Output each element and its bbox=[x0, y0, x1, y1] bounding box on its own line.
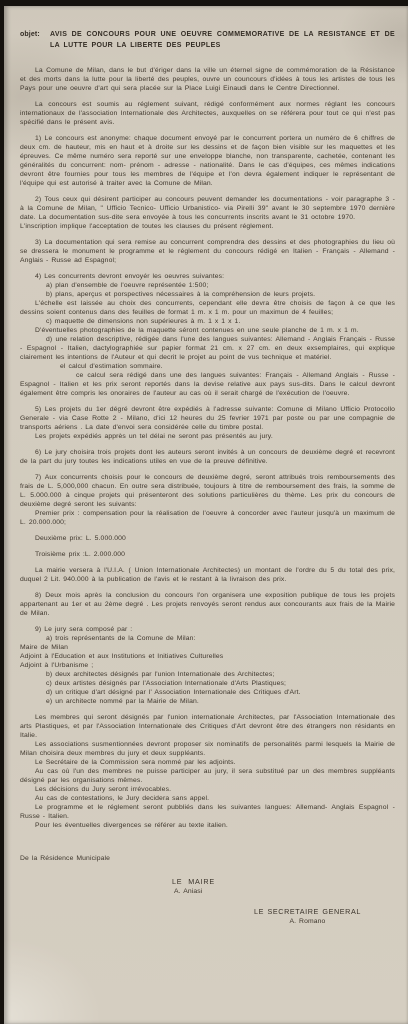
document-content: objet: AVIS DE CONCOURS POUR UNE OEUVRE … bbox=[20, 22, 395, 926]
mayor-signature-block: LE MAIRE A. Aniasi bbox=[172, 877, 215, 896]
document-footer: De la Résidence Municipale LE MAIRE A. A… bbox=[20, 854, 395, 926]
paragraph: Les projets expédiés apprès un tel délai… bbox=[20, 432, 395, 441]
residence-line: De la Résidence Municipale bbox=[20, 854, 395, 863]
paragraph: d) une relation descriptive, rédigée dan… bbox=[20, 335, 395, 362]
paragraph: La Comune de Milan, dans le but d'ériger… bbox=[20, 66, 395, 93]
document-body: La Comune de Milan, dans le but d'ériger… bbox=[20, 66, 395, 830]
paragraph: Les associations susmentionnées devront … bbox=[20, 740, 395, 758]
paragraph: Adjoint à l'Urbanisme ; bbox=[20, 661, 395, 670]
secretary-signature-block: LE SECRETAIRE GENERAL A. Romano bbox=[254, 907, 361, 926]
paragraph: 8) Deux mois après la conclusion du conc… bbox=[20, 591, 395, 618]
paragraph: 5) Les projets du 1er dégré devront être… bbox=[20, 405, 395, 432]
paragraph: Le programme et le réglement seront pubb… bbox=[20, 803, 395, 821]
paragraph: L'inscription implique l'acceptation de … bbox=[20, 222, 395, 231]
paragraph: e) un architecte nommé par la Mairie de … bbox=[20, 697, 395, 706]
mayor-name: A. Aniasi bbox=[174, 887, 215, 896]
paragraph: Maire de Milan bbox=[20, 643, 395, 652]
paragraph: 7) Aux concurrents choisis pour le conco… bbox=[20, 473, 395, 509]
paragraph: 6) Le jury choisira trois projets dont l… bbox=[20, 448, 395, 466]
paragraph: Adjoint à l'Education et aux Institution… bbox=[20, 652, 395, 661]
paragraph: a) plan d'ensemble de l'oeuvre représent… bbox=[20, 281, 395, 290]
paragraph: La mairie versera à l'U.I.A. ( Union Int… bbox=[20, 566, 395, 584]
paragraph: 4) Les concurrents devront envoyér les o… bbox=[20, 272, 395, 281]
paragraph: el calcul d'estimation sommaire. bbox=[20, 362, 395, 371]
paragraph: b) deux architectes désignés par l'union… bbox=[20, 670, 395, 679]
paragraph: 3) La documentation qui sera remise au c… bbox=[20, 238, 395, 265]
secretary-name: A. Romano bbox=[254, 917, 361, 926]
paragraph: d) un critique d'art désigné par l' Asso… bbox=[20, 688, 395, 697]
paragraph: a) trois représentants de la Comune de M… bbox=[20, 634, 395, 643]
secretary-title: LE SECRETAIRE GENERAL bbox=[254, 907, 361, 916]
paragraph: ce calcul sera rédigé dans une des langu… bbox=[20, 371, 395, 398]
paragraph: La concours est soumis au réglement suiv… bbox=[20, 100, 395, 127]
paragraph: D'éventuelles photographies de la maquet… bbox=[20, 326, 395, 335]
page-title: AVIS DE CONCOURS POUR UNE OEUVRE COMMEMO… bbox=[50, 30, 395, 51]
paragraph: Le Secrétaire de la Commission sera nomm… bbox=[20, 758, 395, 767]
paragraph: c) deux artistes désignés par l'Associat… bbox=[20, 679, 395, 688]
paragraph: 1) Le concours est anonyme: chaque docum… bbox=[20, 134, 395, 188]
paragraph: L'échelle est laissée au choix des concu… bbox=[20, 299, 395, 317]
paragraph: Premier prix : compensation pour la réal… bbox=[20, 509, 395, 527]
mayor-title: LE MAIRE bbox=[172, 877, 215, 886]
paragraph: Pour les éventuelles divergences se réfé… bbox=[20, 821, 395, 830]
paragraph: 2) Tous ceux qui désirent participer au … bbox=[20, 195, 395, 222]
paragraph: Les décisions du Jury seront irrévocable… bbox=[20, 785, 395, 794]
paragraph: Deuxième prix: L. 5.000.000 bbox=[20, 534, 395, 543]
paragraph: b) plans, aperçus et porspectives nécess… bbox=[20, 290, 395, 299]
objet-label: objet: bbox=[20, 30, 50, 51]
paragraph: Les membres qui seront désignés par l'un… bbox=[20, 713, 395, 740]
paragraph: Troisième prix :L. 2.000.000 bbox=[20, 550, 395, 559]
scanned-document-paper: objet: AVIS DE CONCOURS POUR UNE OEUVRE … bbox=[4, 6, 408, 1024]
paragraph: c) maquette de dimensions non supérieure… bbox=[20, 317, 395, 326]
document-header: objet: AVIS DE CONCOURS POUR UNE OEUVRE … bbox=[20, 30, 395, 51]
paragraph: Au cas où l'un des membres ne puisse par… bbox=[20, 767, 395, 785]
paragraph: 9) Le jury sera composé par : bbox=[20, 625, 395, 634]
paragraph: Au cas de contestations, le Jury decider… bbox=[20, 794, 395, 803]
